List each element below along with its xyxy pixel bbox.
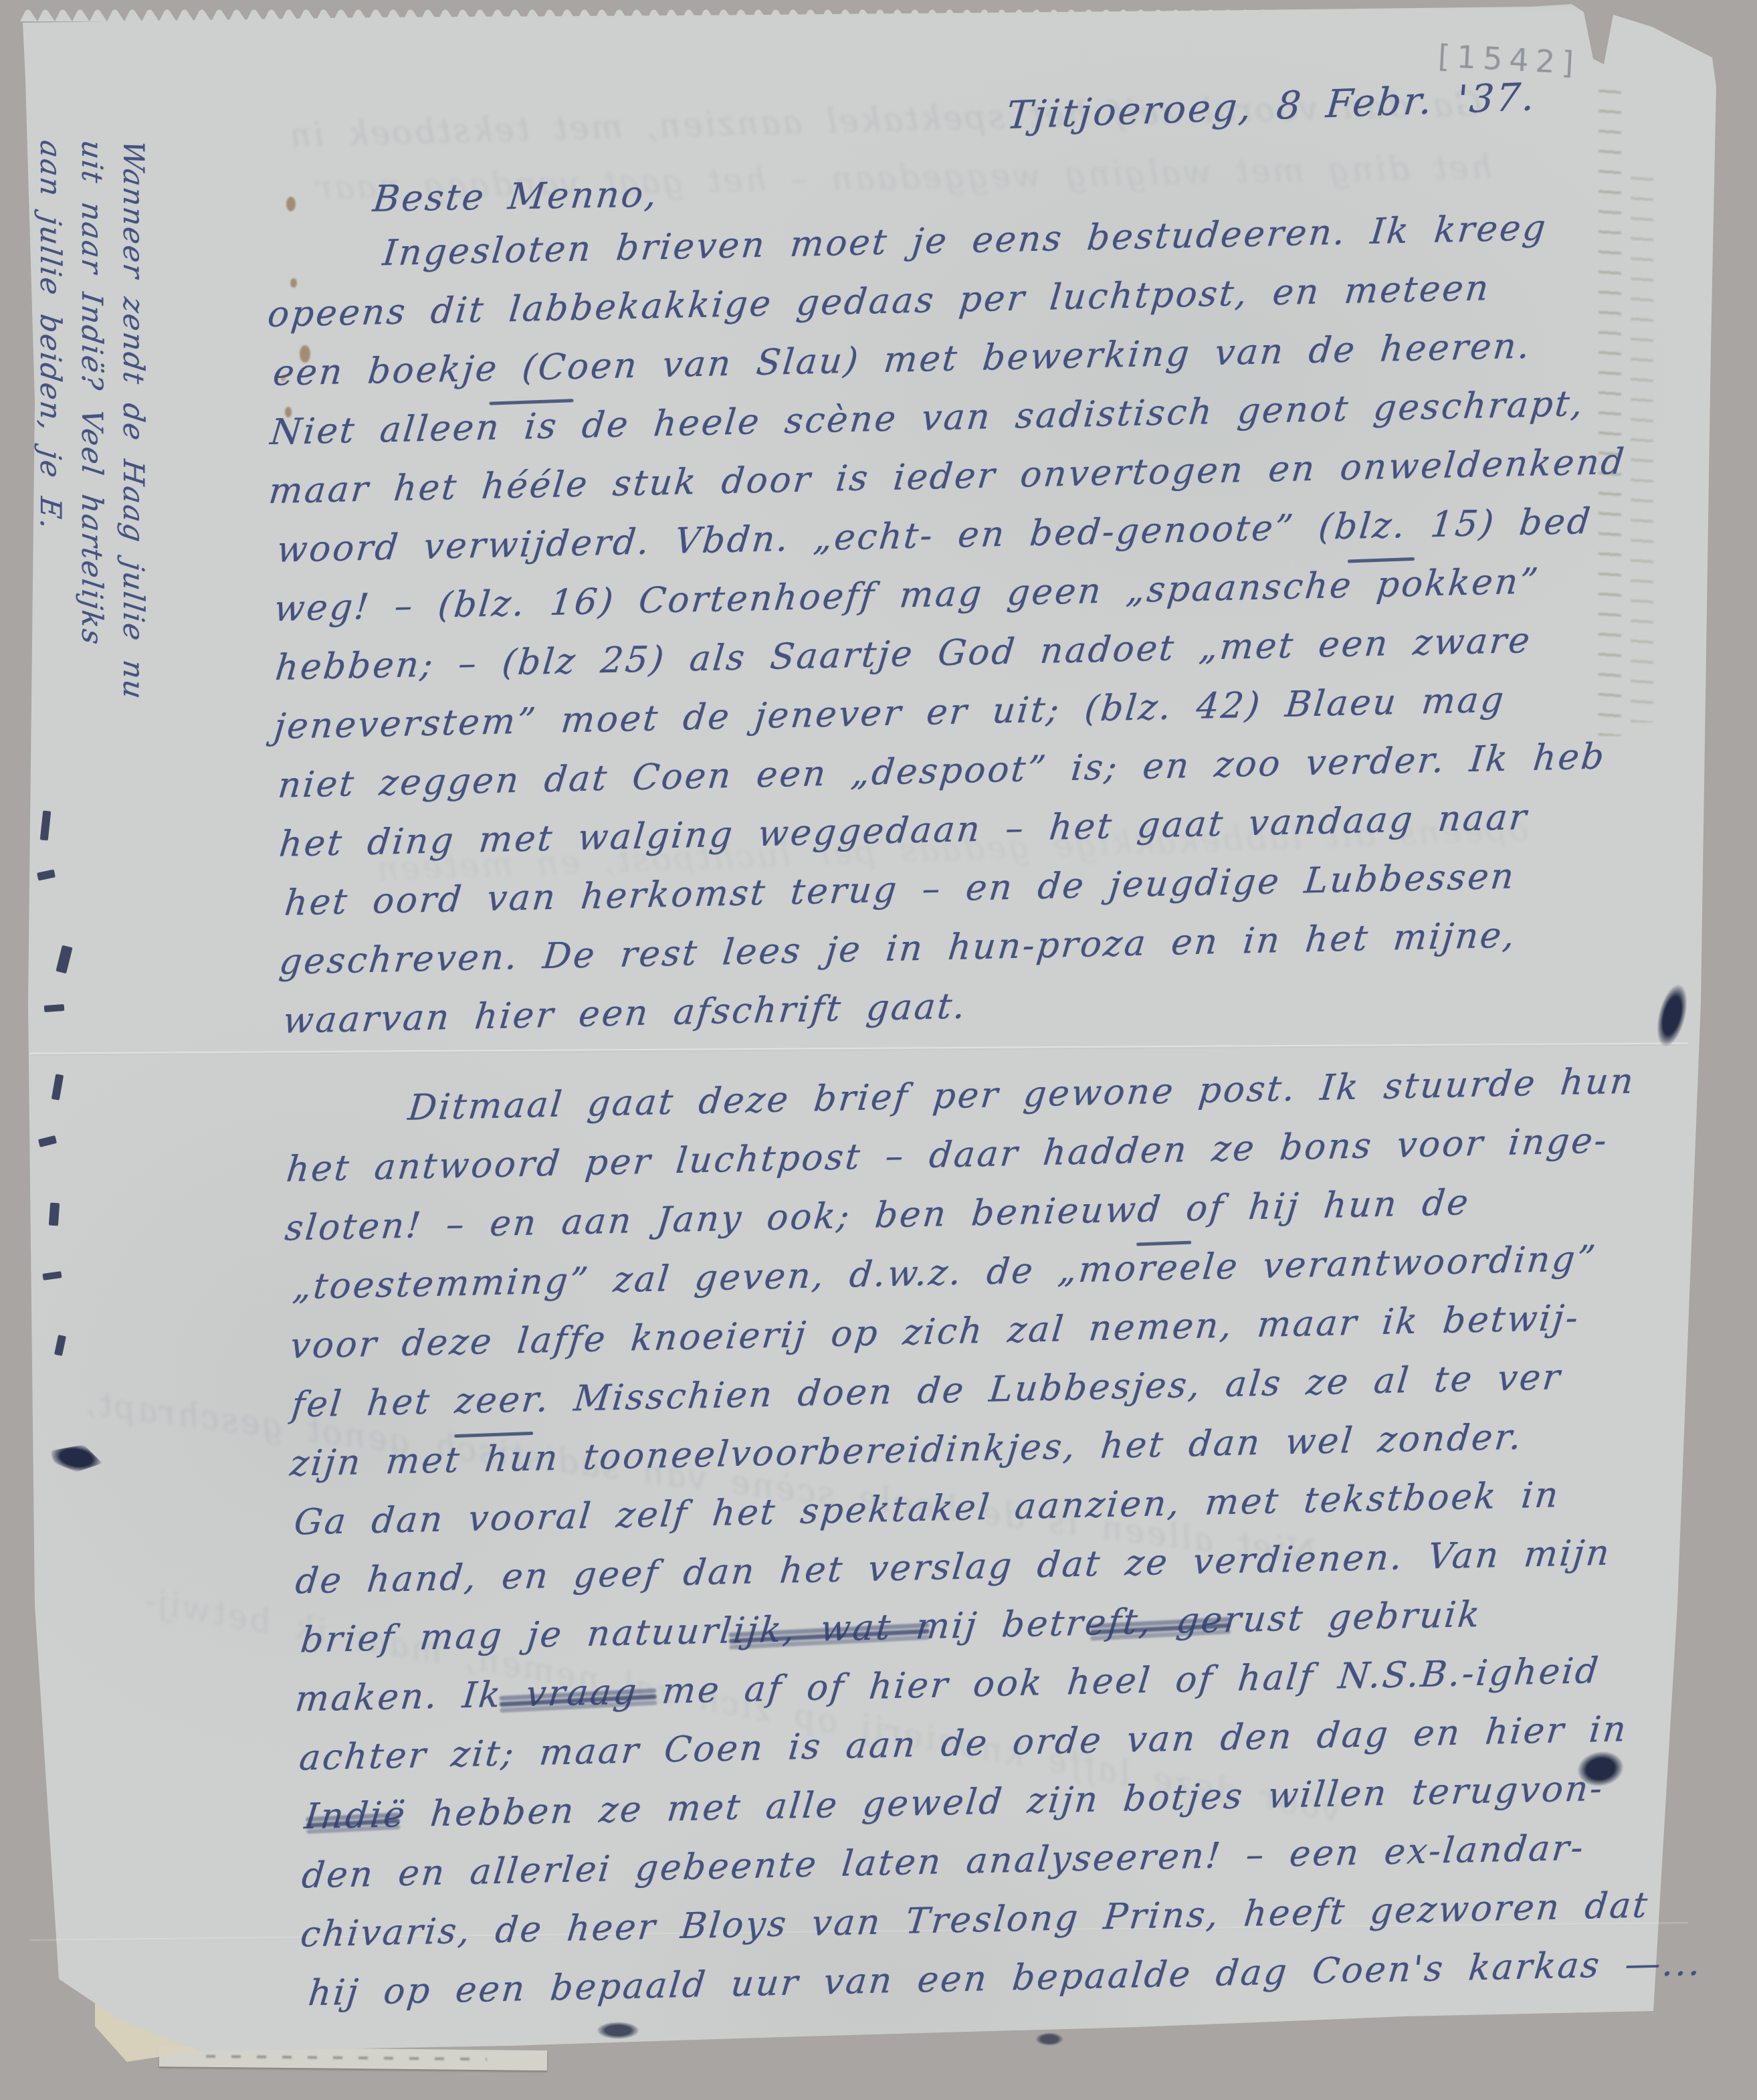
offset-ink-mark — [44, 1004, 65, 1012]
rust-stain — [290, 278, 297, 288]
margin-note-line: aan jullie beiden, je E. — [25, 140, 67, 836]
offset-ink-mark — [49, 1203, 60, 1226]
margin-note-line: Wanneer zendt de Haag jullie nu — [108, 140, 150, 836]
archive-number-pencil: [1542] — [1437, 37, 1582, 81]
underline-stroke — [1136, 1241, 1191, 1246]
ink-smudge — [597, 2022, 639, 2039]
ink-smudge — [1035, 2032, 1063, 2046]
underline-stroke — [1348, 557, 1415, 563]
deckle-edge — [20, 8, 1578, 21]
underline-stroke — [454, 1432, 533, 1438]
letter-salutation: Beste Menno, — [373, 173, 659, 219]
rust-stain — [300, 345, 310, 363]
rust-stain — [281, 375, 286, 381]
margin-note: Wanneer zendt de Haag jullie nu uit naar… — [25, 140, 150, 836]
underline-stroke — [489, 399, 573, 405]
scanned-letter-page: Ga dan vooral zelf het spektakel aanzien… — [0, 0, 1757, 2100]
rust-stain — [285, 407, 292, 417]
margin-note-line: uit naar Indië? Veel hartelijks — [67, 140, 108, 836]
letter-body: Ingesloten brieven moet je eens bestudee… — [266, 203, 1757, 2032]
rust-stain — [286, 197, 296, 211]
